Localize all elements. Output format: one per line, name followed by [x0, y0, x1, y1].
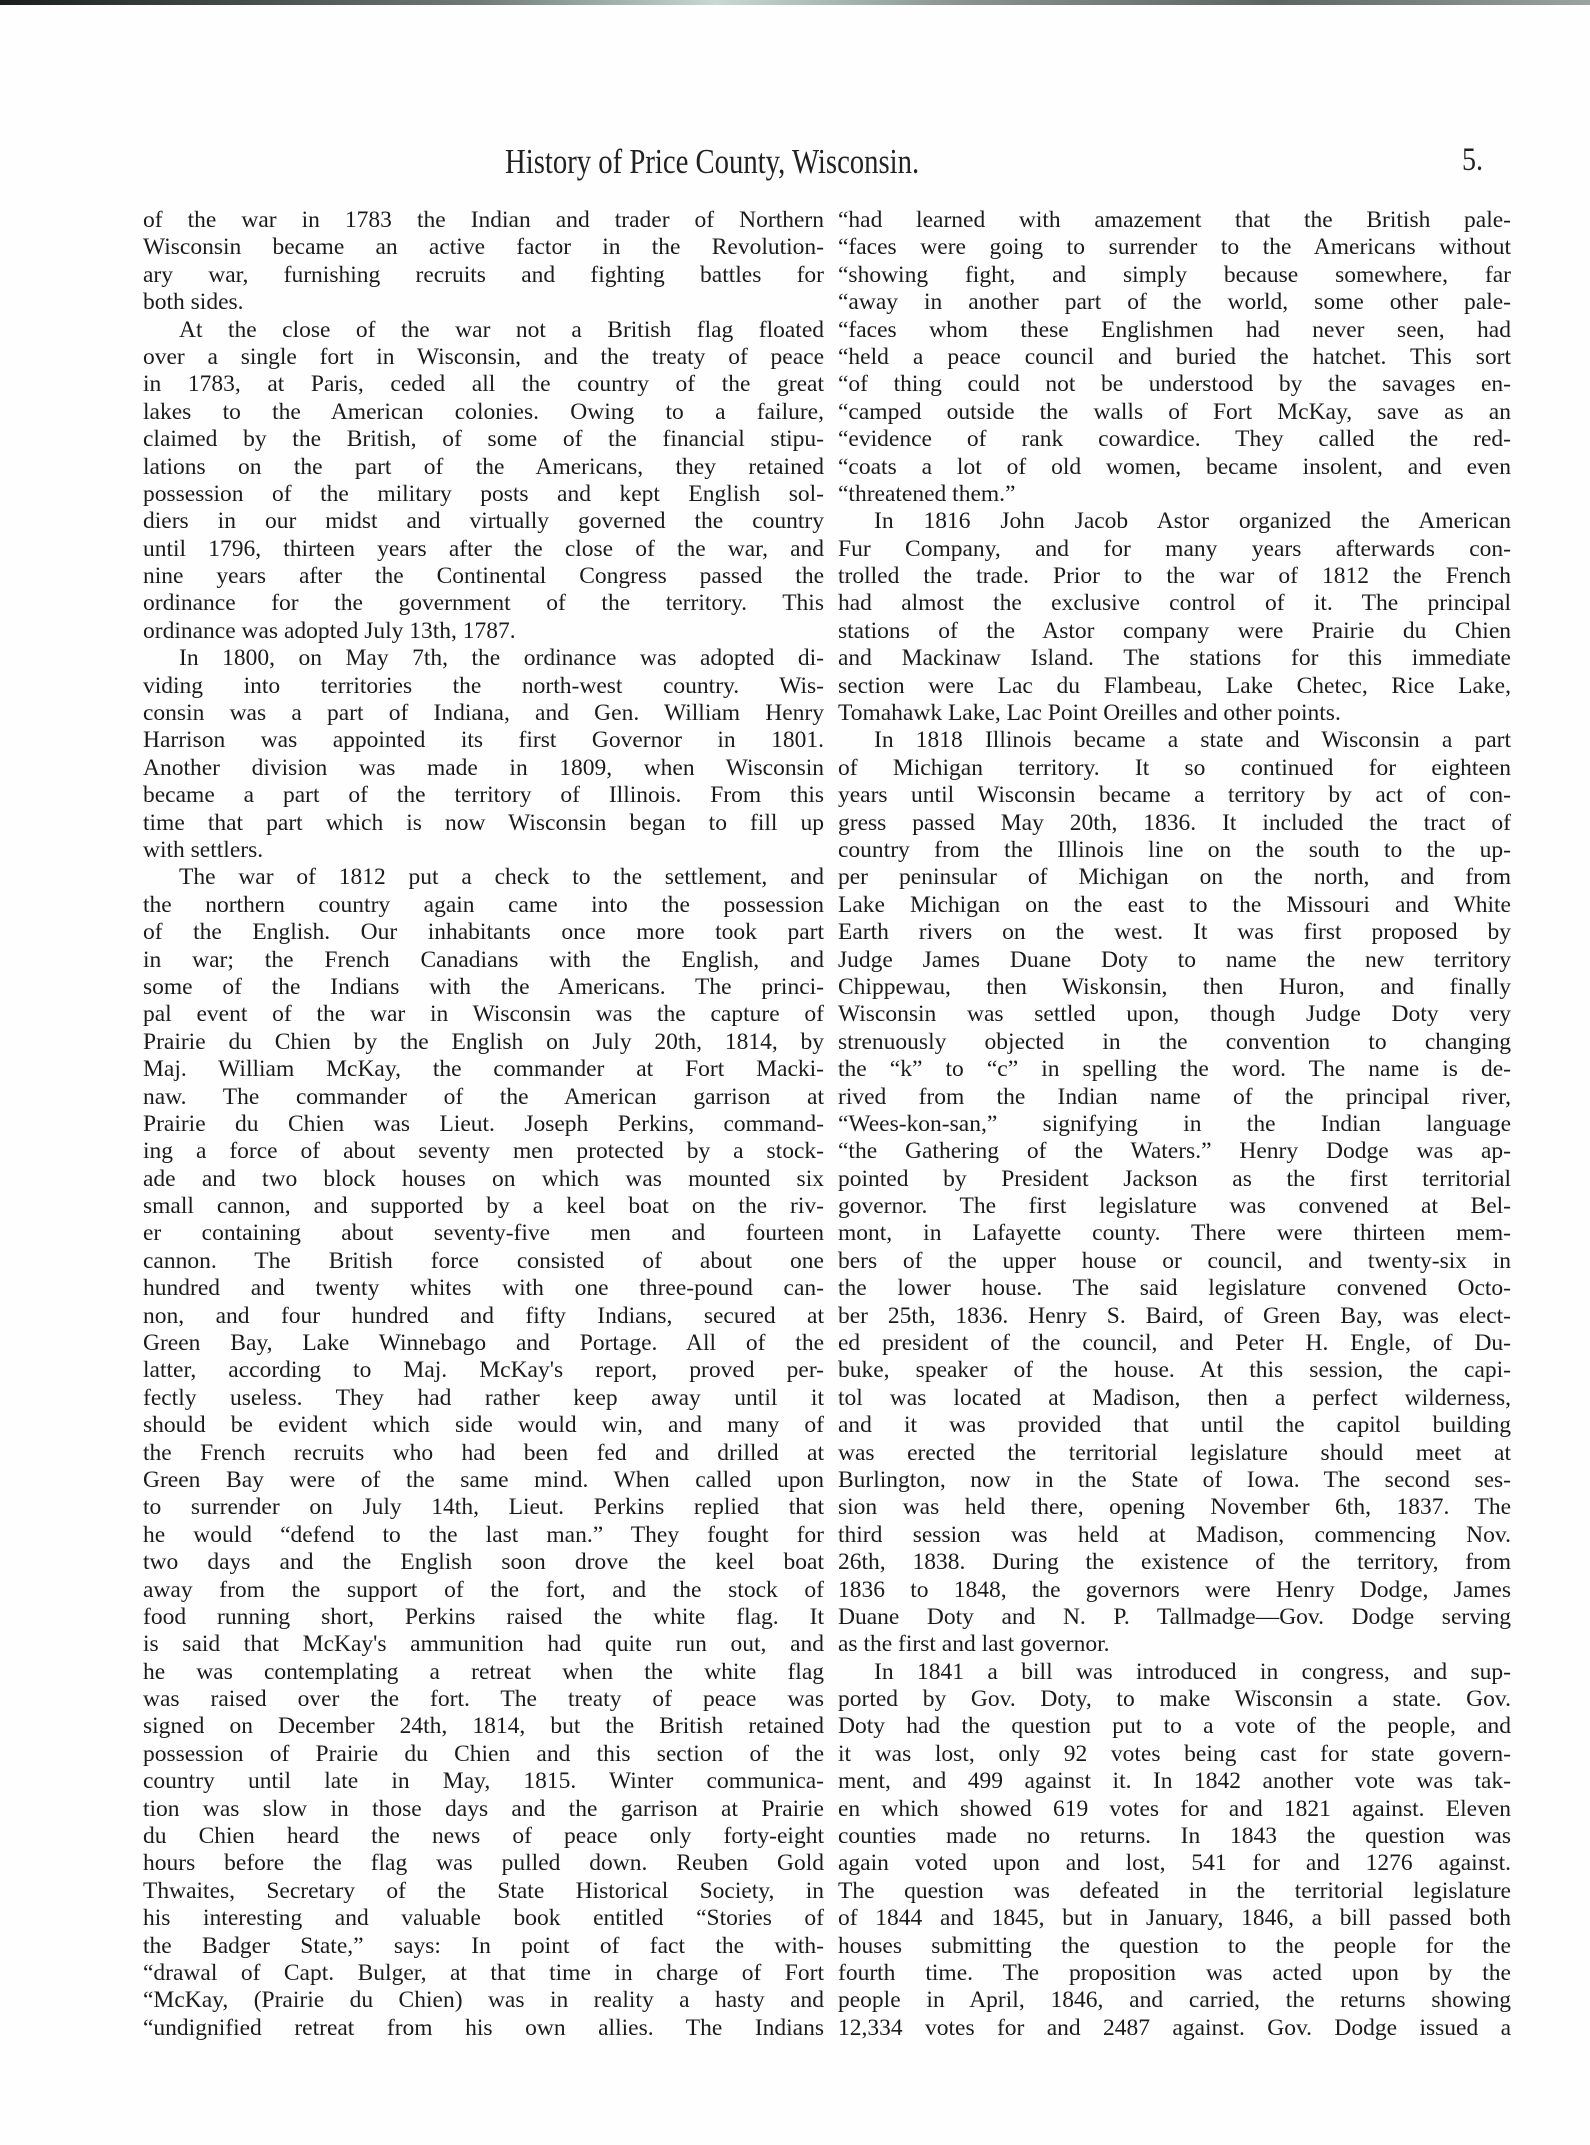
text-line: The question was defeated in the territo…: [838, 1878, 1511, 1905]
text-line: Tomahawk Lake, Lac Point Oreilles and ot…: [838, 700, 1511, 727]
text-line: The war of 1812 put a check to the settl…: [143, 864, 824, 891]
text-line: the French recruits who had been fed and…: [143, 1440, 824, 1467]
text-line: ordinance was adopted July 13th, 1787.: [143, 618, 824, 645]
text-line: “held a peace council and buried the hat…: [838, 344, 1511, 371]
text-line: country until late in May, 1815. Winter …: [143, 1768, 824, 1795]
text-line: possession of Prairie du Chien and this …: [143, 1741, 824, 1768]
text-line: Lake Michigan on the east to the Missour…: [838, 892, 1511, 919]
text-line: hundred and twenty whites with one three…: [143, 1275, 824, 1302]
text-line: of Michigan territory. It so continued f…: [838, 755, 1511, 782]
text-line: some of the Indians with the Americans. …: [143, 974, 824, 1001]
text-line: naw. The commander of the American garri…: [143, 1084, 824, 1111]
text-line: ed president of the council, and Peter H…: [838, 1330, 1511, 1357]
text-line: he would “defend to the last man.” They …: [143, 1522, 824, 1549]
scan-edge-artifact: [0, 0, 1590, 5]
text-line: Green Bay were of the same mind. When ca…: [143, 1467, 824, 1494]
text-line: mont, in Lafayette county. There were th…: [838, 1220, 1511, 1247]
text-line: In 1816 John Jacob Astor organized the A…: [838, 508, 1511, 535]
text-line: Thwaites, Secretary of the State Histori…: [143, 1878, 824, 1905]
text-line: stations of the Astor company were Prair…: [838, 618, 1511, 645]
text-line: sion was held there, opening November 6t…: [838, 1494, 1511, 1521]
text-line: diers in our midst and virtually governe…: [143, 508, 824, 535]
text-line: ber 25th, 1836. Henry S. Baird, of Green…: [838, 1303, 1511, 1330]
text-line: Doty had the question put to a vote of t…: [838, 1713, 1511, 1740]
page-title: History of Price County, Wisconsin.: [505, 142, 964, 182]
text-line: both sides.: [143, 289, 824, 316]
text-line: lations on the part of the Americans, th…: [143, 454, 824, 481]
text-line: Judge James Duane Doty to name the new t…: [838, 947, 1511, 974]
text-line: ordinance for the government of the terr…: [143, 590, 824, 617]
text-line: In 1818 Illinois became a state and Wisc…: [838, 727, 1511, 754]
text-line: 26th, 1838. During the existence of the …: [838, 1549, 1511, 1576]
text-line: In 1841 a bill was introduced in congres…: [838, 1659, 1511, 1686]
text-line: is said that McKay's ammunition had quit…: [143, 1631, 824, 1658]
text-line: it was lost, only 92 votes being cast fo…: [838, 1741, 1511, 1768]
text-line: strenuously objected in the convention t…: [838, 1029, 1511, 1056]
text-line: people in April, 1846, and carried, the …: [838, 1987, 1511, 2014]
text-line: two days and the English soon drove the …: [143, 1549, 824, 1576]
text-line: “drawal of Capt. Bulger, at that time in…: [143, 1960, 824, 1987]
text-line: in 1783, at Paris, ceded all the country…: [143, 371, 824, 398]
text-line: “coats a lot of old women, became insole…: [838, 454, 1511, 481]
text-line: he was contemplating a retreat when the …: [143, 1659, 824, 1686]
text-line: rived from the Indian name of the princi…: [838, 1084, 1511, 1111]
text-line: the northern country again came into the…: [143, 892, 824, 919]
text-line: over a single fort in Wisconsin, and the…: [143, 344, 824, 371]
text-line: the “k” to “c” in spelling the word. The…: [838, 1056, 1511, 1083]
text-line: Duane Doty and N. P. Tallmadge—Gov. Dodg…: [838, 1604, 1511, 1631]
text-line: Maj. William McKay, the commander at For…: [143, 1056, 824, 1083]
text-line: tion was slow in those days and the garr…: [143, 1796, 824, 1823]
text-line: “faces were going to surrender to the Am…: [838, 234, 1511, 261]
text-line: “threatened them.”: [838, 481, 1511, 508]
text-line: years until Wisconsin became a territory…: [838, 782, 1511, 809]
text-line: “of thing could not be understood by the…: [838, 371, 1511, 398]
text-line: as the first and last governor.: [838, 1631, 1511, 1658]
text-line: was raised over the fort. The treaty of …: [143, 1686, 824, 1713]
text-line: the Badger State,” says: In point of fac…: [143, 1933, 824, 1960]
text-line: houses submitting the question to the pe…: [838, 1933, 1511, 1960]
text-line: Wisconsin was settled upon, though Judge…: [838, 1001, 1511, 1028]
page-number: 5.: [1462, 142, 1483, 179]
text-line: to surrender on July 14th, Lieut. Perkin…: [143, 1494, 824, 1521]
text-line: in war; the French Canadians with the En…: [143, 947, 824, 974]
text-line: third session was held at Madison, comme…: [838, 1522, 1511, 1549]
text-line: Earth rivers on the west. It was first p…: [838, 919, 1511, 946]
text-line: “McKay, (Prairie du Chien) was in realit…: [143, 1987, 824, 2014]
text-line: claimed by the British, of some of the f…: [143, 426, 824, 453]
text-line: and Mackinaw Island. The stations for th…: [838, 645, 1511, 672]
text-line: should be evident which side would win, …: [143, 1412, 824, 1439]
text-line: became a part of the territory of Illino…: [143, 782, 824, 809]
text-line: ported by Gov. Doty, to make Wisconsin a…: [838, 1686, 1511, 1713]
text-line: In 1800, on May 7th, the ordinance was a…: [143, 645, 824, 672]
text-line: Burlington, now in the State of Iowa. Th…: [838, 1467, 1511, 1494]
text-line: 12,334 votes for and 2487 against. Gov. …: [838, 2015, 1511, 2042]
text-line: possession of the military posts and kep…: [143, 481, 824, 508]
text-line: of 1844 and 1845, but in January, 1846, …: [838, 1905, 1511, 1932]
text-line: Harrison was appointed its first Governo…: [143, 727, 824, 754]
text-line: time that part which is now Wisconsin be…: [143, 810, 824, 837]
text-line: pal event of the war in Wisconsin was th…: [143, 1001, 824, 1028]
text-line: pointed by President Jackson as the firs…: [838, 1166, 1511, 1193]
text-line: “had learned with amazement that the Bri…: [838, 207, 1511, 234]
text-line: nine years after the Continental Congres…: [143, 563, 824, 590]
text-line: trolled the trade. Prior to the war of 1…: [838, 563, 1511, 590]
text-line: Green Bay, Lake Winnebago and Portage. A…: [143, 1330, 824, 1357]
text-line: en which showed 619 votes for and 1821 a…: [838, 1796, 1511, 1823]
text-line: consin was a part of Indiana, and Gen. W…: [143, 700, 824, 727]
text-line: ary war, furnishing recruits and fightin…: [143, 262, 824, 289]
text-line: Another division was made in 1809, when …: [143, 755, 824, 782]
text-line: had almost the exclusive control of it. …: [838, 590, 1511, 617]
text-line: governor. The first legislature was conv…: [838, 1193, 1511, 1220]
text-line: “evidence of rank cowardice. They called…: [838, 426, 1511, 453]
text-line: viding into territories the north-west c…: [143, 673, 824, 700]
text-line: tol was located at Madison, then a perfe…: [838, 1385, 1511, 1412]
text-line: cannon. The British force consisted of a…: [143, 1248, 824, 1275]
text-line: “undignified retreat from his own allies…: [143, 2015, 824, 2042]
right-column: “had learned with amazement that the Bri…: [838, 207, 1511, 2042]
text-line: Prairie du Chien by the English on July …: [143, 1029, 824, 1056]
text-line: buke, speaker of the house. At this sess…: [838, 1357, 1511, 1384]
text-line: signed on December 24th, 1814, but the B…: [143, 1713, 824, 1740]
text-line: until 1796, thirteen years after the clo…: [143, 536, 824, 563]
text-line: Fur Company, and for many years afterwar…: [838, 536, 1511, 563]
text-line: “the Gathering of the Waters.” Henry Dod…: [838, 1138, 1511, 1165]
text-line: of the English. Our inhabitants once mor…: [143, 919, 824, 946]
text-line: er containing about seventy-five men and…: [143, 1220, 824, 1247]
text-line: bers of the upper house or council, and …: [838, 1248, 1511, 1275]
text-line: away from the support of the fort, and t…: [143, 1577, 824, 1604]
text-line: was erected the territorial legislature …: [838, 1440, 1511, 1467]
text-line: and it was provided that until the capit…: [838, 1412, 1511, 1439]
text-line: latter, according to Maj. McKay's report…: [143, 1357, 824, 1384]
text-line: ment, and 499 against it. In 1842 anothe…: [838, 1768, 1511, 1795]
text-line: “showing fight, and simply because somew…: [838, 262, 1511, 289]
text-line: “faces whom these Englishmen had never s…: [838, 317, 1511, 344]
text-line: Chippewau, then Wiskonsin, then Huron, a…: [838, 974, 1511, 1001]
text-line: his interesting and valuable book entitl…: [143, 1905, 824, 1932]
left-column: of the war in 1783 the Indian and trader…: [143, 207, 824, 2042]
text-line: the lower house. The said legislature co…: [838, 1275, 1511, 1302]
text-line: per peninsular of Michigan on the north,…: [838, 864, 1511, 891]
text-line: ade and two block houses on which was mo…: [143, 1166, 824, 1193]
text-line: At the close of the war not a British fl…: [143, 317, 824, 344]
text-line: Prairie du Chien was Lieut. Joseph Perki…: [143, 1111, 824, 1138]
text-line: food running short, Perkins raised the w…: [143, 1604, 824, 1631]
text-line: non, and four hundred and fifty Indians,…: [143, 1303, 824, 1330]
text-line: section were Lac du Flambeau, Lake Chete…: [838, 673, 1511, 700]
text-line: “Wees-kon-san,” signifying in the Indian…: [838, 1111, 1511, 1138]
text-line: 1836 to 1848, the governors were Henry D…: [838, 1577, 1511, 1604]
text-line: ing a force of about seventy men protect…: [143, 1138, 824, 1165]
text-line: fectly useless. They had rather keep awa…: [143, 1385, 824, 1412]
text-line: Wisconsin became an active factor in the…: [143, 234, 824, 261]
text-line: gress passed May 20th, 1836. It included…: [838, 810, 1511, 837]
text-line: small cannon, and supported by a keel bo…: [143, 1193, 824, 1220]
text-line: lakes to the American colonies. Owing to…: [143, 399, 824, 426]
text-line: hours before the flag was pulled down. R…: [143, 1850, 824, 1877]
text-line: counties made no returns. In 1843 the qu…: [838, 1823, 1511, 1850]
text-line: “away in another part of the world, some…: [838, 289, 1511, 316]
text-line: fourth time. The proposition was acted u…: [838, 1960, 1511, 1987]
text-line: du Chien heard the news of peace only fo…: [143, 1823, 824, 1850]
text-line: again voted upon and lost, 541 for and 1…: [838, 1850, 1511, 1877]
text-line: “camped outside the walls of Fort McKay,…: [838, 399, 1511, 426]
text-line: with settlers.: [143, 837, 824, 864]
text-line: of the war in 1783 the Indian and trader…: [143, 207, 824, 234]
text-line: country from the Illinois line on the so…: [838, 837, 1511, 864]
